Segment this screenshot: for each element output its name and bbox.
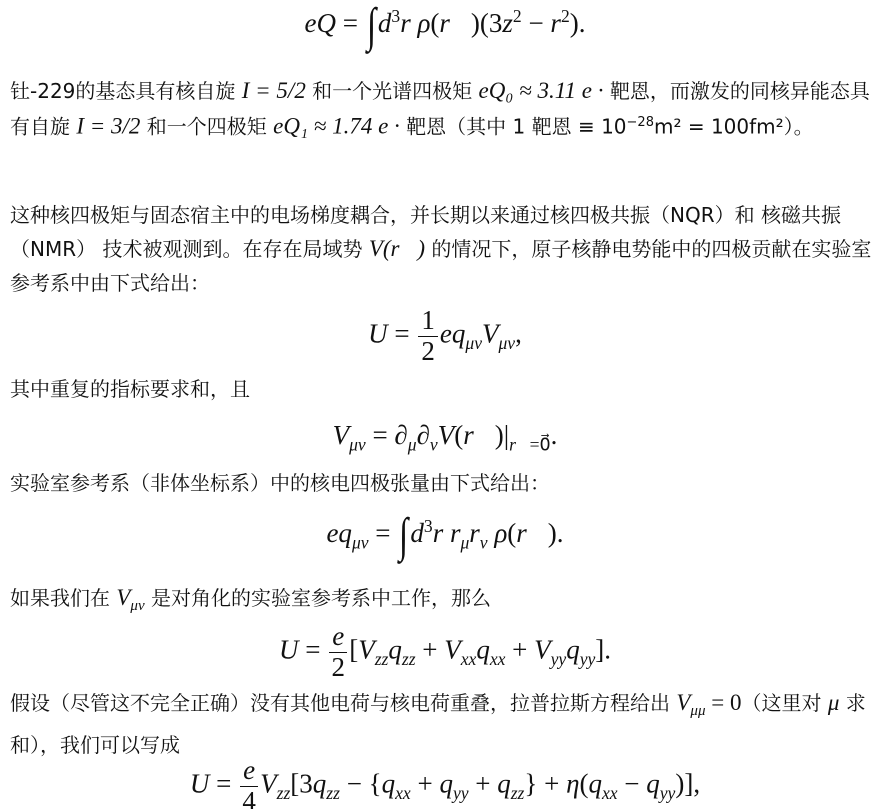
equation-energy-tensor: U = 12eqμνVμν, bbox=[0, 306, 890, 366]
paragraph-thorium-229: 钍-229的基态具有核自旋 I = 5/2 和一个光谱四极矩 eQ₀ ≈ 3.1… bbox=[10, 75, 875, 143]
paragraph-diagonal-frame: 如果我们在 Vμν 是对角化的实验室参考系中工作，那么 bbox=[10, 583, 875, 621]
math-spin-isomer: I = 3/2 bbox=[76, 114, 140, 139]
paragraph-laplace: 假设（尽管这不完全正确）没有其他电荷与核电荷重叠，拉普拉斯方程给出 Vμμ = … bbox=[10, 686, 875, 762]
math-local-potential: V(r⃗) bbox=[369, 236, 425, 261]
math-eq1: eQ₁ ≈ 1.74 e · bbox=[273, 114, 400, 139]
equation-energy-diagonal: U = e2[Vzzqzz + Vxxqxx + Vyyqyy]. bbox=[0, 622, 890, 682]
paragraph-summation: 其中重复的指标要求和，且 bbox=[10, 374, 875, 404]
equation-field-gradient: Vμν = ∂μ∂νV(r⃗)|r⃗=0⃗. bbox=[0, 420, 890, 455]
equation-quadrupole-moment: eQ = ∫d3r ρ(r⃗)(3z2 − r2). bbox=[0, 2, 890, 50]
math-eq0: eQ₀ ≈ 3.11 e · bbox=[479, 78, 604, 103]
math-spin-ground: I = 5/2 bbox=[242, 78, 306, 103]
equation-energy-eta: U = e4Vzz[3qzz − {qxx + qyy + qzz} + η(q… bbox=[0, 756, 890, 809]
equation-quadrupole-tensor: eqμν = ∫d3r rμrν ρ(r⃗). bbox=[0, 512, 890, 560]
paragraph-lab-frame: 实验室参考系（非体坐标系）中的核电四极张量由下式给出： bbox=[10, 468, 875, 498]
paragraph-nqr-nmr: 这种核四极矩与固态宿主中的电场梯度耦合，并长期以来通过核四极共振（NQR）和 核… bbox=[10, 198, 875, 300]
